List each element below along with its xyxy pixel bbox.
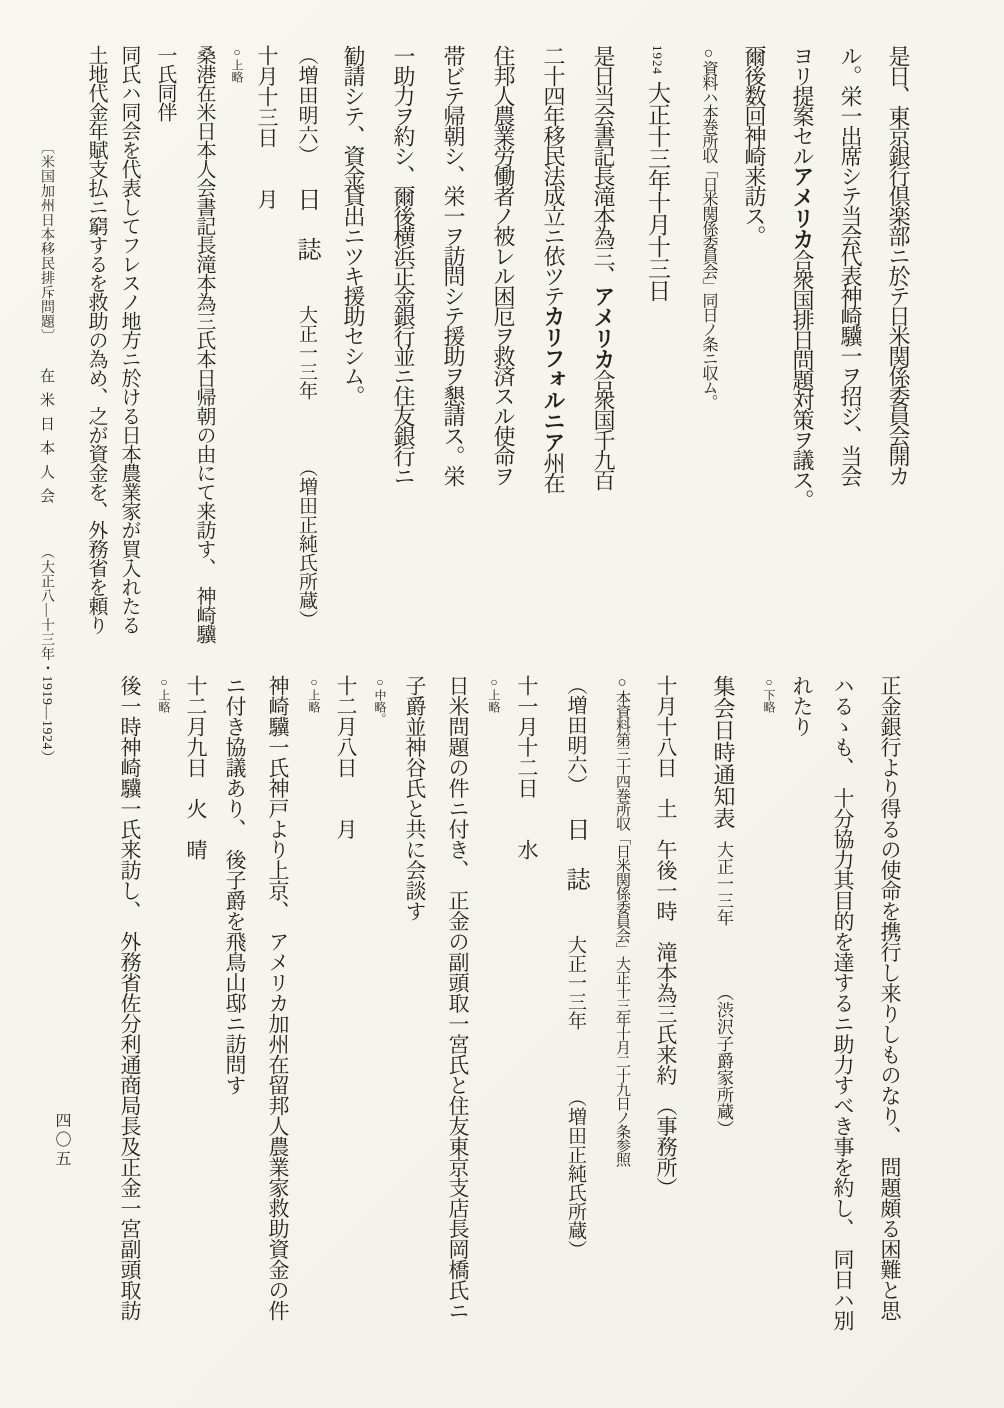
entry1-line-3-emphasis: アメリカ [790, 165, 815, 249]
diary1-author: （増田明六） [295, 45, 317, 165]
diary2-omission-marker-4: ○上略 [151, 675, 177, 1345]
diary2-line-5: 後一時神崎驥一氏来訪し、 外務省佐分利通商局長及正金一宮副頭取訪 [109, 675, 151, 1345]
diary2-line-1: 日米問題の件ニ付き、 正金の副頭取一宮氏と住友東京支店長岡橋氏ニ [435, 675, 481, 1345]
entry2-line-2: 二十四年移民法成立ニ依ツテカリフォルニア州在 [528, 45, 578, 705]
diary2-omission-marker-2: ○中略。 [365, 675, 395, 1345]
entry2-line-1: 是日当会書記長滝本為三、アメリカ合衆国千九百 [578, 45, 628, 705]
notice-source-line: 集会日時通知表大正一三年（渋沢子爵家所蔵） [691, 675, 755, 1345]
entry1-line-3-post: 合衆国排日問題対策ヲ議ス。 [790, 249, 815, 509]
diary1-line-4: 土地代金年賦支払ニ窮するを救助の為め、之が資金を、外務省を頼り [80, 45, 112, 705]
running-header-organization: 在米日本人会 [36, 368, 57, 512]
top-text-block: 是日、東京銀行倶楽部ニ於テ日米関係委員会開カ ル。栄一出席シテ当会代表神崎驥一ヲ… [80, 45, 922, 705]
entry2-line-1-post: 合衆国千九百 [591, 369, 616, 489]
diary1-owner: （増田正純氏所蔵） [296, 458, 317, 629]
diary2-line-4: ニ付き協議あり、 後子爵を飛鳥山邸ニ訪問す [215, 675, 255, 1345]
bottom-text-block: 正金銀行より得るの使命を携行し来りしものなり、 問題頗る困難と思 ハるゝも、 十… [109, 675, 915, 1345]
entry2-line-1-pre: 是日当会書記長滝本為三、 [591, 45, 616, 285]
entry1-line-4: 爾後数回神崎来訪ス。 [730, 45, 778, 705]
diary2-omission-marker-3: ○上略 [301, 675, 327, 1345]
entry2-line-2-emphasis: カリフォルニア [541, 305, 566, 452]
page-number: 四〇五 [50, 1112, 73, 1169]
diary1-title: 日誌 [293, 187, 319, 287]
diary2-author: （増田明六） [564, 675, 586, 795]
diary1-line-7: れたり [783, 675, 821, 1345]
diary1-date-line: 十月十三日 月 [250, 45, 284, 705]
diary1-omission-top-marker: ○上略 [224, 45, 250, 705]
entry2-line-2-post: 州在 [541, 452, 566, 492]
entry1-line-1: 是日、東京銀行倶楽部ニ於テ日米関係委員会開カ [874, 45, 922, 705]
entry2-line-2-pre: 二十四年移民法成立ニ依ツテ [541, 45, 566, 305]
running-header-period: （大正八―十三年・1919―1924） [36, 545, 56, 765]
scanned-book-page: 是日、東京銀行倶楽部ニ於テ日米関係委員会開カ ル。栄一出席シテ当会代表神崎驥一ヲ… [0, 0, 1004, 1408]
diary1-line-3: 同氏ハ同会を代表してフレスノ地方ニ於ける日本農業家が買入れたる [112, 45, 146, 705]
entry1-source-note: ○資料ハ本巻所収「日米関係委員会」同日ノ条ニ収ム。 [686, 45, 730, 705]
entry1-line-3-pre: ヨリ提案セル [790, 45, 815, 165]
entry2-line-1-emphasis: アメリカ [591, 285, 616, 369]
entry2-line-3: 住邦人農業労働者ノ被レル困厄ヲ救済スル使命ヲ [478, 45, 528, 705]
notice-era-year: 大正一三年 [714, 841, 733, 926]
diary2-era-year: 大正一三年 [565, 935, 586, 1030]
diary1-line-2: 一氏同伴 [146, 45, 184, 705]
diary2-source-line: （増田明六）日誌大正一三年（増田正純氏所蔵） [547, 675, 603, 1345]
entry1-line-3: ヨリ提案セルアメリカ合衆国排日問題対策ヲ議ス。 [778, 45, 826, 705]
diary1-era-year: 大正一三年 [296, 305, 317, 400]
entry2-date-heading: 1924大正十三年十月十三日 [628, 45, 686, 705]
diary2-date-line-2: 十二月八日 月 [327, 675, 365, 1345]
diary1-line-6: ハるゝも、 十分協力其目的を達するニ助力すべき事を約し、 同日ハ別 [821, 675, 865, 1345]
entry2-line-5: 一助力ヲ約シ、爾後横浜正金銀行並ニ住友銀行ニ [378, 45, 428, 705]
entry2-line-6: 勧請シテ、資金貸出ニツキ援助セシム。 [328, 45, 378, 705]
notice-entry-line: 十月十八日 土 午後一時 滝本為三氏来約 （事務所） [641, 675, 691, 1345]
diary2-title: 日誌 [562, 817, 588, 917]
diary2-date-line-3: 十二月九日 火 晴 [177, 675, 215, 1345]
diary2-line-3: 神崎驥一氏神戸より上京、 アメリカ加州在留邦人農業家救助資金の件 [255, 675, 301, 1345]
diary2-date-line-1: 十一月十二日 水 [507, 675, 547, 1345]
diary2-owner: （増田正純氏所蔵） [565, 1088, 586, 1259]
diary2-omission-marker-1: ○上略 [481, 675, 507, 1345]
diary1-line-5: 正金銀行より得るの使命を携行し来りしものなり、 問題頗る困難と思 [865, 675, 915, 1345]
entry1-line-2: ル。栄一出席シテ当会代表神崎驥一ヲ招ジ、当会 [826, 45, 874, 705]
diary1-line-1: 桑港在米日本人会書記長滝本為三氏本日帰朝の由にて来訪す、 神崎驥 [184, 45, 224, 705]
entry2-line-4: 帯ビテ帰朝シ、栄一ヲ訪問シテ援助ヲ懇請ス。栄 [428, 45, 478, 705]
notice-reference-note: ○本資料第三十四巻所収「日米関係委員会」大正十三年十月二十九日ノ条参照 [603, 675, 641, 1345]
notice-title: 集会日時通知表 [711, 675, 736, 829]
entry2-date-text: 大正十三年十月十三日 [645, 81, 670, 301]
notice-owner: （渋沢子爵家所蔵） [714, 984, 733, 1137]
diary2-line-2: 子爵並神谷氏と共に会談す [395, 675, 435, 1345]
running-header-problem-title: 〔米国加州日本移民排斥問題〕 [36, 140, 56, 343]
diary1-source-line: （増田明六）日誌大正一三年（増田正純氏所蔵） [284, 45, 328, 705]
diary1-omission-bottom-marker: ○下略 [755, 675, 783, 1345]
western-year-label: 1924 [650, 45, 665, 75]
